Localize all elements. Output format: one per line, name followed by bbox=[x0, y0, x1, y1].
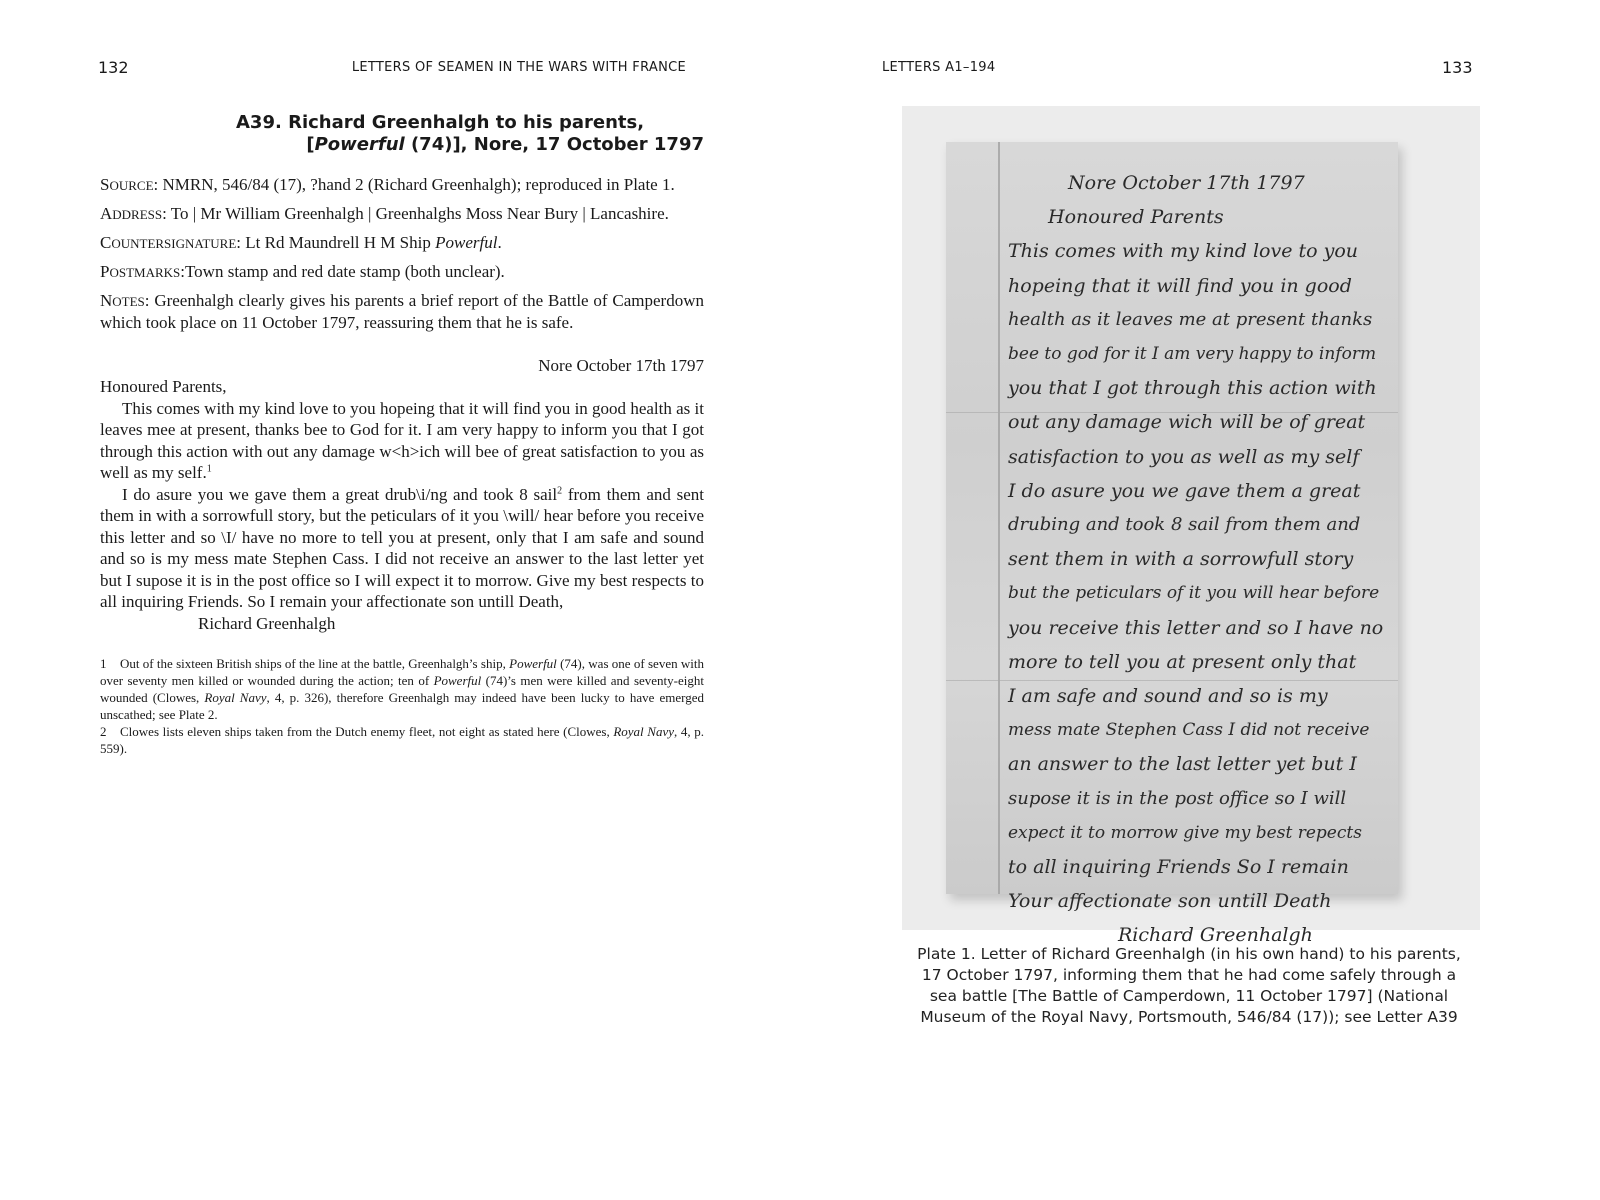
footnotes: 1Out of the sixteen British ships of the… bbox=[100, 655, 704, 757]
letter-paragraph-2: I do asure you we gave them a great drub… bbox=[100, 484, 704, 613]
address-entry: ADDRESS: To | Mr William Greenhalgh | Gr… bbox=[100, 203, 704, 225]
manuscript-letter: Nore October 17th 1797 Honoured Parents … bbox=[946, 142, 1398, 894]
letter-paragraph-1: This comes with my kind love to you hope… bbox=[100, 398, 704, 484]
footnote-1: 1Out of the sixteen British ships of the… bbox=[100, 655, 704, 723]
letter-dateline: Nore October 17th 1797 bbox=[100, 355, 704, 376]
source-entry: SOURCE: NMRN, 546/84 (17), ?hand 2 (Rich… bbox=[100, 174, 704, 196]
letter-apparatus: SOURCE: NMRN, 546/84 (17), ?hand 2 (Rich… bbox=[100, 174, 704, 757]
footnote-2: 2Clowes lists eleven ships taken from th… bbox=[100, 723, 704, 757]
handwritten-text: Nore October 17th 1797 Honoured Parents … bbox=[1008, 166, 1388, 953]
page-number-left: 132 bbox=[98, 58, 129, 77]
paper-fold-line bbox=[998, 142, 1000, 894]
letter-salutation: Honoured Parents, bbox=[100, 376, 704, 398]
page-number-right: 133 bbox=[1442, 58, 1473, 77]
letter-body: Honoured Parents, This comes with my kin… bbox=[100, 376, 704, 634]
plate-1-photograph: Nore October 17th 1797 Honoured Parents … bbox=[902, 106, 1480, 930]
notes-entry: NOTES: Greenhalgh clearly gives his pare… bbox=[100, 290, 704, 333]
letter-signature: Richard Greenhalgh bbox=[100, 613, 704, 635]
plate-caption: Plate 1. Letter of Richard Greenhalgh (i… bbox=[906, 944, 1472, 1028]
postmarks-entry: POSTMARKS:Town stamp and red date stamp … bbox=[100, 261, 704, 283]
left-page: 132 LETTERS OF SEAMEN IN THE WARS WITH F… bbox=[0, 0, 800, 1200]
countersignature-entry: COUNTERSIGNATURE: Lt Rd Maundrell H M Sh… bbox=[100, 232, 704, 254]
running-head-right: LETTERS A1–194 bbox=[882, 60, 995, 75]
ship-name: Powerful bbox=[315, 134, 405, 155]
right-page: LETTERS A1–194 133 Nore October 17th 179… bbox=[800, 0, 1600, 1200]
title-line-2: [Powerful (74)], Nore, 17 October 1797 bbox=[100, 134, 704, 156]
letter-title: A39. Richard Greenhalgh to his parents, … bbox=[100, 112, 704, 156]
title-line-1: A39. Richard Greenhalgh to his parents, bbox=[100, 112, 704, 134]
footnote-ref-1[interactable]: 1 bbox=[207, 463, 212, 474]
running-head-left: LETTERS OF SEAMEN IN THE WARS WITH FRANC… bbox=[352, 60, 686, 75]
